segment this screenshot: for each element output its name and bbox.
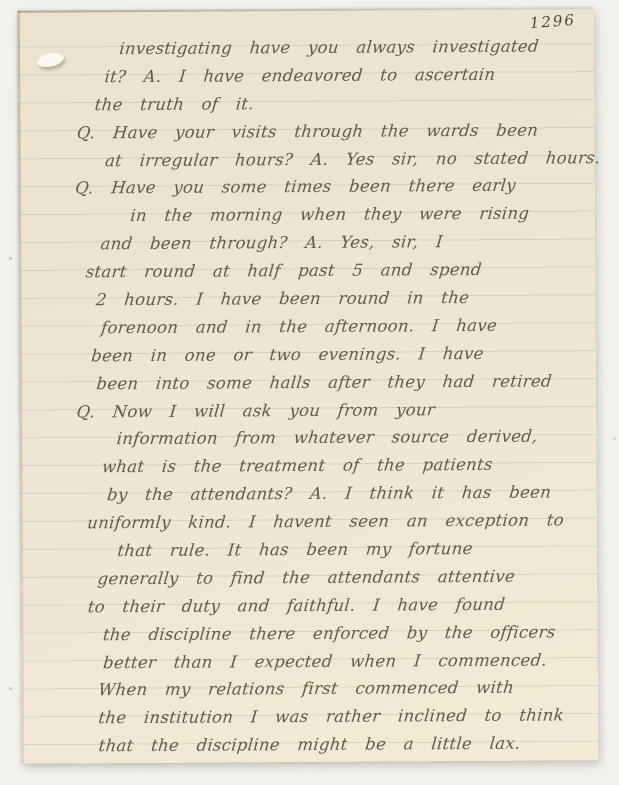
document-scan: 1296 investigating have you always inves…: [0, 0, 619, 785]
manuscript-line: been in one or two evenings. I have: [90, 339, 589, 370]
manuscript-line: uniformly kind. I havent seen an excepti…: [86, 506, 590, 537]
manuscript-line: start round at half past 5 and spend: [84, 255, 588, 286]
manuscript-page: 1296 investigating have you always inves…: [18, 7, 599, 764]
manuscript-line: forenoon and in the afternoon. I have: [100, 311, 589, 342]
manuscript-line: When my relations first commenced with: [97, 674, 591, 705]
page-number: 1296: [529, 11, 576, 32]
manuscript-line: better than I expected when I commenced.: [102, 646, 591, 677]
manuscript-line: Q. Have you some times been there early: [74, 172, 588, 203]
manuscript-line: and been through? A. Yes, sir, I: [99, 228, 588, 259]
manuscript-line: that rule. It has been my fortune: [116, 534, 590, 565]
manuscript-line: the truth of it.: [93, 88, 587, 119]
manuscript-line: at irregular hours? A. Yes sir, no state…: [104, 144, 588, 175]
manuscript-line: been into some halls after they had reti…: [95, 367, 589, 398]
manuscript-line: 2 hours. I have been round in the: [95, 283, 589, 314]
manuscript-line: information from whatever source derived…: [115, 423, 589, 454]
manuscript-line: the discipline there enforced by the off…: [102, 618, 591, 649]
manuscript-line: investigating have you always investigat…: [118, 32, 587, 63]
dust-speck: [9, 257, 12, 260]
manuscript-text: investigating have you always investigat…: [18, 32, 588, 761]
manuscript-line: by the attendants? A. I think it has bee…: [106, 479, 590, 510]
manuscript-line: Q. Have your visits through the wards be…: [76, 116, 588, 147]
manuscript-line: that the discipline might be a little la…: [97, 730, 591, 761]
manuscript-line: Q. Now I will ask you from your: [75, 395, 589, 426]
manuscript-line: what is the treatment of the patients: [101, 451, 590, 482]
manuscript-line: generally to find the attendants attenti…: [96, 562, 590, 593]
manuscript-line: to their duty and faithful. I have found: [86, 590, 590, 621]
manuscript-line: it? A. I have endeavored to ascertain: [103, 60, 587, 91]
manuscript-line: in the morning when they were rising: [129, 200, 588, 231]
manuscript-line: the institution I was rather inclined to…: [97, 702, 591, 733]
